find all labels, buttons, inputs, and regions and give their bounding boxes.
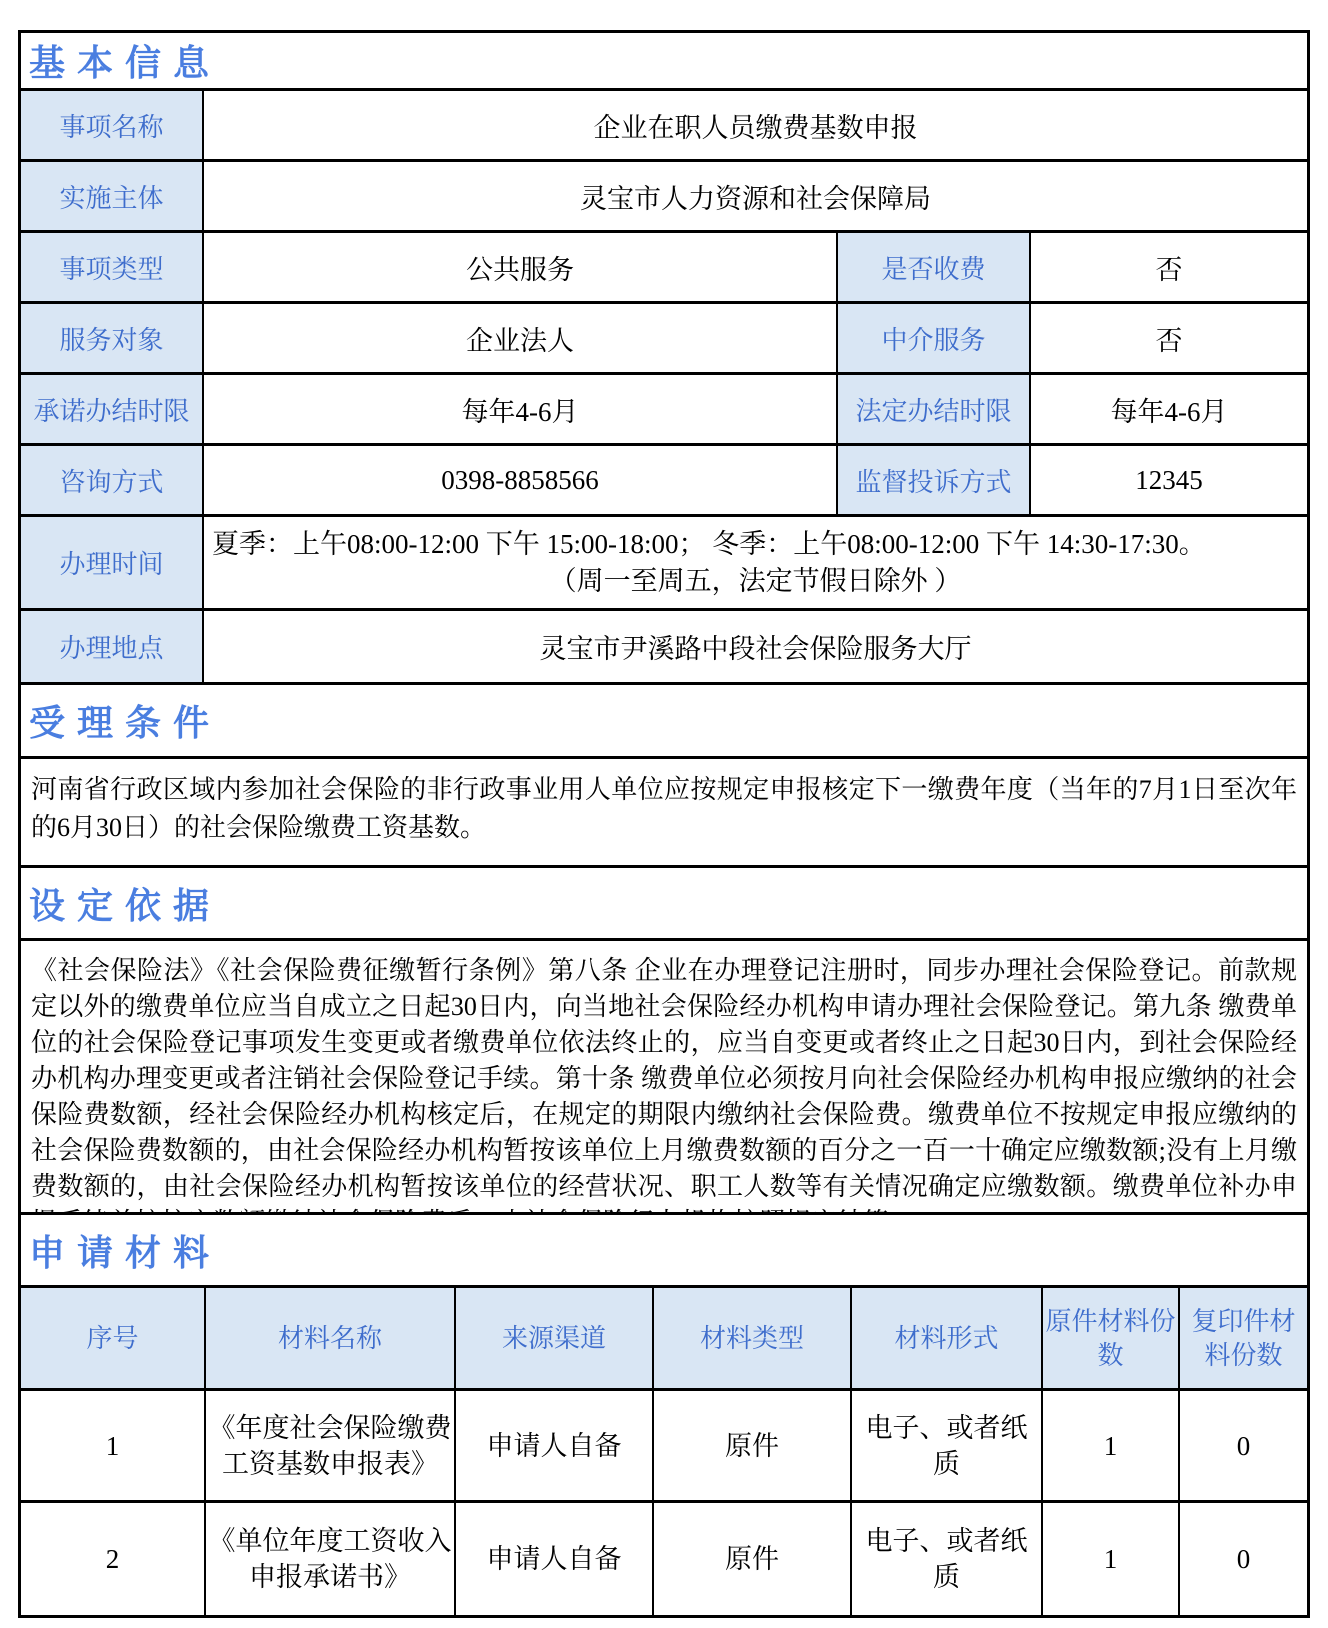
section-header-acceptance: 受理条件 [21, 685, 1307, 759]
row-promised-time-limit: 承诺办结时限 每年4-6月 法定办结时限 每年4-6月 [21, 375, 1307, 446]
materials-header-copy-count: 复印件材料份数 [1180, 1288, 1307, 1388]
materials-header-source: 来源渠道 [456, 1288, 654, 1388]
label-intermediary-service: 中介服务 [836, 304, 1031, 372]
section-header-legal-basis: 设定依据 [21, 868, 1307, 941]
material-1-copy-count: 0 [1180, 1391, 1307, 1500]
row-consult-method: 咨询方式 0398-8858566 监督投诉方式 12345 [21, 446, 1307, 517]
material-1-seq: 1 [21, 1391, 206, 1500]
label-consult-method: 咨询方式 [21, 446, 204, 514]
value-item-type: 公共服务 [204, 233, 836, 301]
materials-header-original-count: 原件材料份数 [1043, 1288, 1180, 1388]
material-1-source: 申请人自备 [456, 1391, 654, 1500]
value-item-name: 企业在职人员缴费基数申报 [204, 91, 1307, 159]
section-header-materials: 申请材料 [21, 1215, 1307, 1288]
label-office-location: 办理地点 [21, 611, 204, 682]
material-2-name: 《单位年度工资收入申报承诺书》 [206, 1503, 456, 1615]
label-service-target: 服务对象 [21, 304, 204, 372]
materials-header-name: 材料名称 [206, 1288, 456, 1388]
label-legal-time-limit: 法定办结时限 [836, 375, 1031, 443]
legal-basis-content: 《社会保险法》《社会保险费征缴暂行条例》第八条 企业在办理登记注册时，同步办理社… [21, 941, 1307, 1215]
value-office-location: 灵宝市尹溪路中段社会保险服务大厅 [204, 611, 1307, 682]
row-office-hours: 办理时间 夏季：上午08:00-12:00 下午 15:00-18:00； 冬季… [21, 517, 1307, 611]
label-office-hours: 办理时间 [21, 517, 204, 608]
label-complaint-method: 监督投诉方式 [836, 446, 1031, 514]
materials-row-2: 2 《单位年度工资收入申报承诺书》 申请人自备 原件 电子、或者纸质 1 0 [21, 1503, 1307, 1615]
material-2-form: 电子、或者纸质 [852, 1503, 1043, 1615]
material-2-seq: 2 [21, 1503, 206, 1615]
row-service-target: 服务对象 企业法人 中介服务 否 [21, 304, 1307, 375]
materials-header-form: 材料形式 [852, 1288, 1043, 1388]
section-header-basic-info: 基本信息 [21, 33, 1307, 91]
value-promised-time-limit: 每年4-6月 [204, 375, 836, 443]
label-implementer: 实施主体 [21, 162, 204, 230]
material-1-original-count: 1 [1043, 1391, 1180, 1500]
row-item-name: 事项名称 企业在职人员缴费基数申报 [21, 91, 1307, 162]
office-hours-line2: （周一至周五，法定节假日除外 ） [204, 563, 1307, 600]
row-office-location: 办理地点 灵宝市尹溪路中段社会保险服务大厅 [21, 611, 1307, 685]
material-1-type: 原件 [654, 1391, 852, 1500]
material-1-name: 《年度社会保险缴费工资基数申报表》 [206, 1391, 456, 1500]
label-is-charged: 是否收费 [836, 233, 1031, 301]
materials-header-row: 序号 材料名称 来源渠道 材料类型 材料形式 原件材料份数 复印件材料份数 [21, 1288, 1307, 1391]
service-info-document: 基本信息 事项名称 企业在职人员缴费基数申报 实施主体 灵宝市人力资源和社会保障… [18, 30, 1310, 1618]
materials-row-1: 1 《年度社会保险缴费工资基数申报表》 申请人自备 原件 电子、或者纸质 1 0 [21, 1391, 1307, 1503]
material-2-type: 原件 [654, 1503, 852, 1615]
acceptance-content: 河南省行政区域内参加社会保险的非行政事业用人单位应按规定申报核定下一缴费年度（当… [21, 759, 1307, 868]
label-item-type: 事项类型 [21, 233, 204, 301]
materials-header-type: 材料类型 [654, 1288, 852, 1388]
label-promised-time-limit: 承诺办结时限 [21, 375, 204, 443]
value-implementer: 灵宝市人力资源和社会保障局 [204, 162, 1307, 230]
materials-header-seq: 序号 [21, 1288, 206, 1388]
row-item-type: 事项类型 公共服务 是否收费 否 [21, 233, 1307, 304]
page: 基本信息 事项名称 企业在职人员缴费基数申报 实施主体 灵宝市人力资源和社会保障… [0, 0, 1328, 1628]
row-implementer: 实施主体 灵宝市人力资源和社会保障局 [21, 162, 1307, 233]
office-hours-line1: 夏季：上午08:00-12:00 下午 15:00-18:00； 冬季：上午08… [204, 526, 1307, 563]
value-is-charged: 否 [1031, 233, 1307, 301]
value-office-hours: 夏季：上午08:00-12:00 下午 15:00-18:00； 冬季：上午08… [204, 517, 1307, 608]
material-2-source: 申请人自备 [456, 1503, 654, 1615]
section-title-basic-info: 基本信息 [29, 35, 221, 86]
section-title-legal-basis: 设定依据 [29, 878, 221, 929]
label-item-name: 事项名称 [21, 91, 204, 159]
value-consult-method: 0398-8858566 [204, 446, 836, 514]
value-legal-time-limit: 每年4-6月 [1031, 375, 1307, 443]
material-2-original-count: 1 [1043, 1503, 1180, 1615]
section-title-acceptance: 受理条件 [29, 695, 221, 746]
value-service-target: 企业法人 [204, 304, 836, 372]
section-title-materials: 申请材料 [29, 1225, 221, 1276]
value-intermediary-service: 否 [1031, 304, 1307, 372]
material-2-copy-count: 0 [1180, 1503, 1307, 1615]
value-complaint-method: 12345 [1031, 446, 1307, 514]
material-1-form: 电子、或者纸质 [852, 1391, 1043, 1500]
